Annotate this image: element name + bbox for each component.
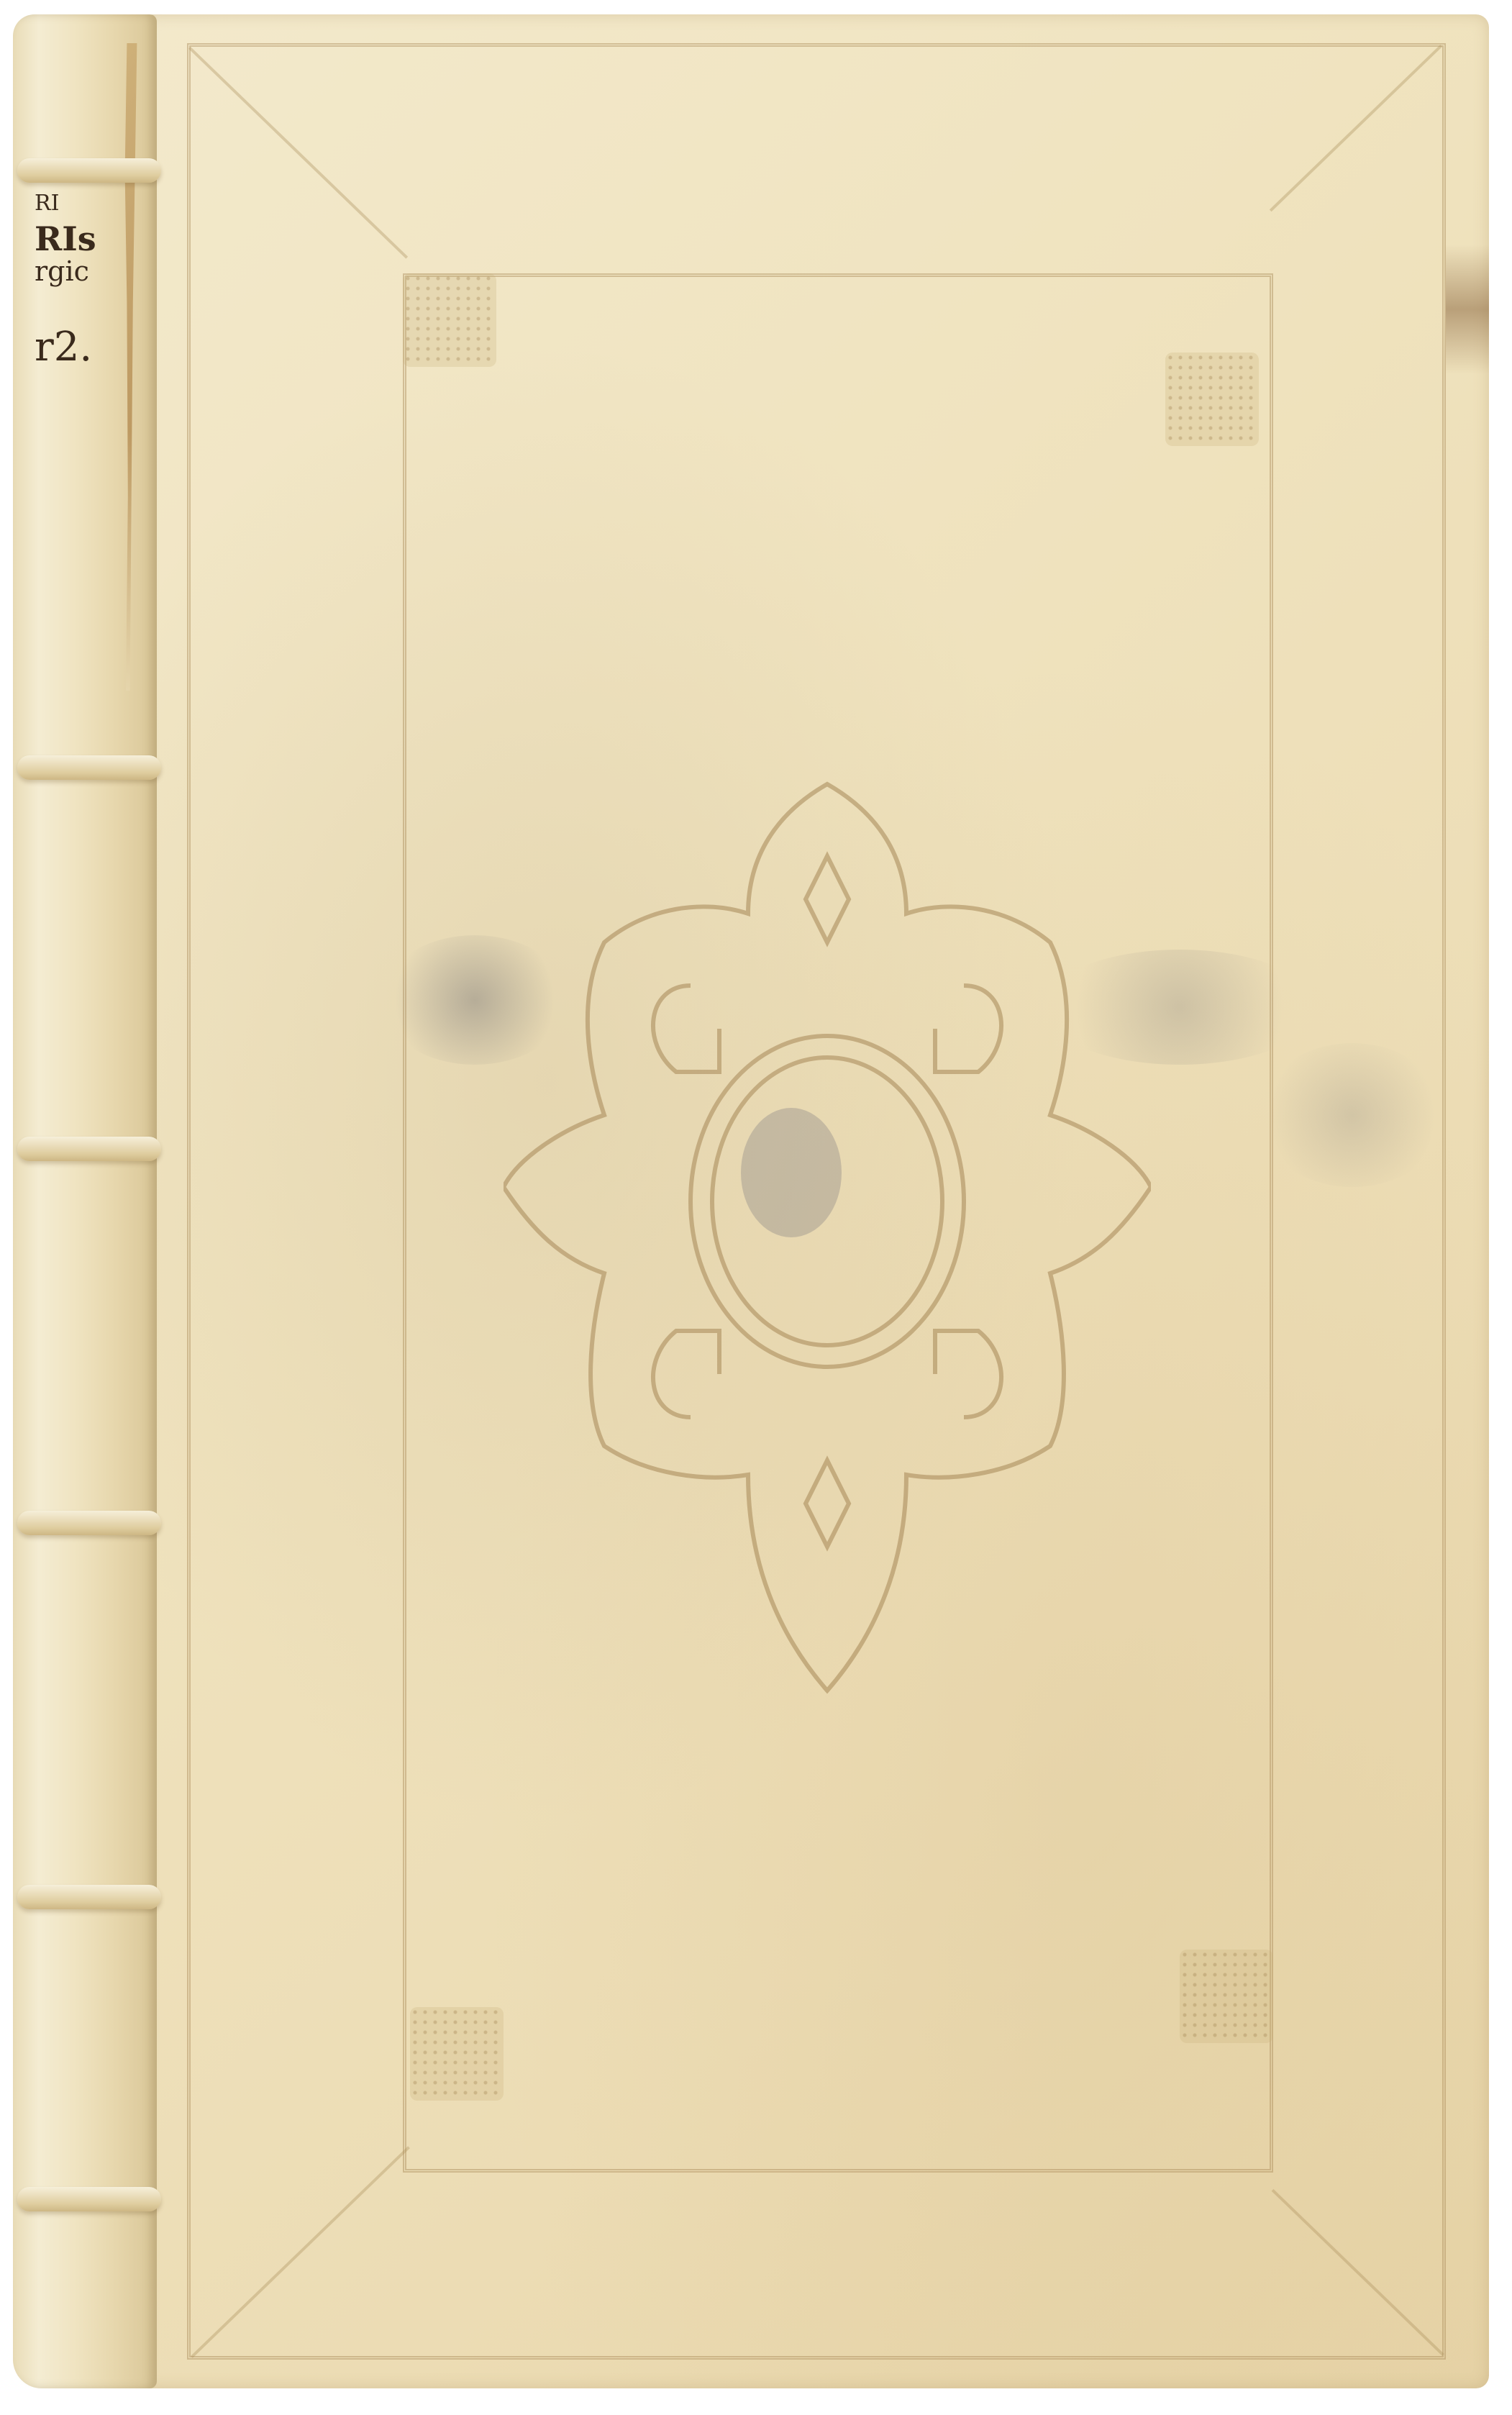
spine-title-line-2: RIs bbox=[35, 219, 96, 258]
spine: RI RIs rgic r2. bbox=[13, 14, 157, 2388]
raised-band bbox=[17, 158, 161, 183]
corner-fleuron-icon bbox=[403, 273, 496, 367]
spine-tear bbox=[121, 43, 141, 691]
corner-fleuron-icon bbox=[1165, 353, 1259, 446]
spine-title-line-1: RI bbox=[35, 191, 59, 216]
raised-band bbox=[17, 2187, 161, 2211]
vellum-book: RI RIs rgic r2. bbox=[0, 0, 1512, 2415]
raised-band bbox=[17, 1137, 161, 1161]
centerpiece-ornament-icon bbox=[504, 770, 1151, 1705]
corner-fleuron-icon bbox=[1180, 1950, 1273, 2043]
corner-fleuron-icon bbox=[410, 2007, 504, 2101]
raised-band bbox=[17, 1511, 161, 1535]
spine-volume-number: r2. bbox=[35, 324, 92, 370]
stain bbox=[1259, 1043, 1446, 1187]
raised-band bbox=[17, 755, 161, 780]
spine-title-line-3: rgic bbox=[35, 255, 89, 287]
photo-scene: RI RIs rgic r2. bbox=[0, 0, 1512, 2415]
fore-edge-ink-marks bbox=[1446, 201, 1489, 417]
raised-band bbox=[17, 1885, 161, 1909]
front-cover bbox=[144, 14, 1489, 2388]
